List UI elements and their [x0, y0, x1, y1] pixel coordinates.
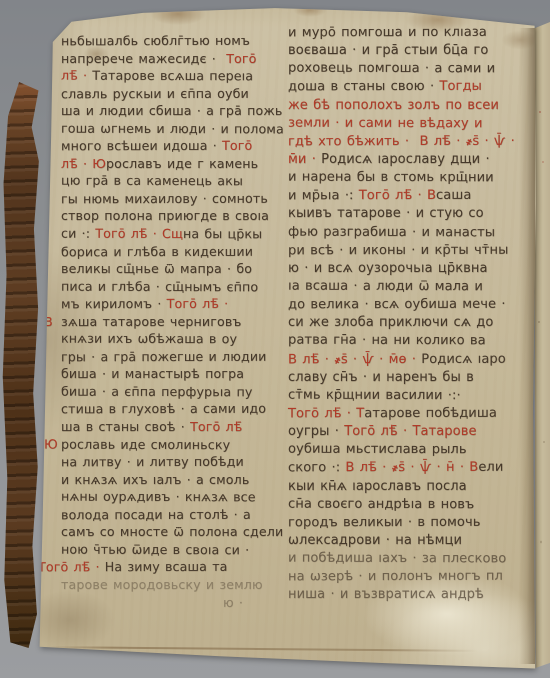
text-line: ского ·: В лѣ̄ · ҂ѕ̄ · ѱ̄ · н̄ · Вели — [288, 460, 532, 479]
ink-text-segment: рославь иде смолиньску — [61, 436, 230, 452]
ink-text-segment: ю · и всѧ оузорочьıа цр̄квна — [288, 261, 488, 276]
text-line: ѡлексадрови · на нѣмци — [288, 533, 532, 551]
text-line: оугры · Того̄ лѣ̄ · Татарове — [288, 424, 532, 442]
rubric-text-segment: В лѣ̄ · ҂ѕ̄ · ѱ̄ · н̄ · В — [345, 460, 478, 475]
text-line: гы нюмь михаилову · сомноть — [61, 191, 283, 209]
ink-text-segment: славу сн̄ъ · и наренъ бы в — [288, 370, 474, 385]
text-column-right: и муро̄ помгоша и по клıазавоєваша · и г… — [288, 25, 532, 606]
text-line: Того̄ лѣ̄ · На зиму всаша та — [38, 559, 283, 577]
ink-text-segment: кыивъ татарове · и стую со — [288, 206, 484, 221]
text-line: и кнѧзѧ ихъ ıалъ · а смоль — [61, 472, 283, 490]
text-line: биша · а єп̄па перфурьıа пу — [61, 384, 283, 402]
text-line: сн̄а своєго андрѣıа в новъ — [288, 496, 532, 515]
text-line: цю гра̄ в са каменець акы — [61, 173, 283, 191]
text-line: доша в станы свою · Тогды — [288, 79, 532, 98]
ink-text-segment: Родисѧ ıарославу дщи · — [321, 152, 490, 167]
ink-text-segment: ıа всаша · а люди ѿ мала и — [288, 279, 483, 295]
rubric-text-segment: Того̄ лѣ̄ · В — [359, 188, 436, 203]
text-line: на ѡзерѣ · и полонъ многъ пл — [288, 569, 532, 588]
ink-text-segment: тарове мородовьску и землю — [61, 577, 263, 592]
page-wrapper: ньбышалбь сюблг̄тью номънапререче мажеси… — [0, 0, 550, 678]
ink-text-segment: зѧша татарове черниговъ — [61, 314, 241, 329]
ink-text-segment: си же злоба приключи сѧ до — [288, 315, 493, 330]
rubric-text-segment: Того̄ лѣ̄ — [190, 419, 242, 434]
text-line: городъ великыи · в помочь — [288, 514, 532, 533]
ink-text-segment: стиша в глуховѣ · а сами идо — [61, 401, 266, 417]
text-line: же бѣ пополохъ золъ по всеи — [288, 98, 532, 116]
ink-text-segment: и нарена бы в стомь крщ̄нии — [288, 170, 494, 186]
ink-text-segment: ною ч̄тью ѿиде в своıа си · — [61, 541, 249, 557]
rubric-text-segment: земли · и сами не вѣдаху и — [288, 115, 483, 131]
text-line: ри всѣ · и иконы · и кр̄ты чт̄ны — [288, 242, 532, 261]
text-line: нѧны оурѧдивъ · кнѧзѧ все — [61, 489, 283, 507]
ink-text-segment: нѧны оурѧдивъ · кнѧзѧ все — [61, 489, 256, 505]
text-line: и побѣдиша ıахъ · за плесково — [288, 551, 532, 570]
ink-text-segment: гы нюмь михаилову · сомноть — [61, 191, 268, 207]
text-line: Юрославь иде смолиньску — [61, 436, 283, 454]
ink-text-segment: и побѣдиша ıахъ · за плесково — [288, 551, 506, 567]
text-line: славу сн̄ъ · и наренъ бы в — [288, 370, 532, 388]
ink-text-segment: ели — [478, 460, 503, 475]
ink-text-segment: и мр̄ьıа ·: — [288, 188, 359, 203]
text-line: кыивъ татарове · и стую со — [288, 206, 532, 224]
ink-text-segment: рославъ иде г камень — [106, 156, 258, 171]
ink-text-segment: до велика · всѧ оубиша мече · — [288, 297, 506, 313]
rubric-text-segment: Того̄ лѣ̄ · — [38, 560, 105, 575]
rubric-text-segment: же бѣ пополохъ золъ по всеи — [288, 98, 499, 113]
bottom-crease — [48, 646, 478, 652]
ink-text-segment: бориса и глѣба в кидекшии — [61, 243, 253, 259]
ink-text-segment: ша в станы своѣ · — [61, 419, 190, 434]
rubric-text-segment: Того̄ лѣ̄ · Т — [288, 406, 364, 421]
text-line: много всѣшеи идоша · Того̄ — [61, 138, 283, 156]
text-line: кыи кн̄ѧ ıарославъ посла — [288, 479, 532, 497]
text-line: гдѣ хто бѣжить · В лѣ̄ · ҂ѕ̄ · ѱ̄ · — [288, 134, 532, 153]
text-line: ною ч̄тью ѿиде в своıа си · — [61, 541, 283, 559]
ink-text-segment: кнѧзи ихъ ѡбѣжаша в оу — [61, 331, 237, 347]
rubric-text-segment: Того̄ лѣ̄ · Сщ — [95, 226, 183, 241]
text-line: гры · а гра̄ пожегше и людии — [61, 349, 283, 367]
ink-text-segment: оубиша мьстислава рыль — [288, 442, 467, 458]
text-line: и муро̄ помгоша и по клıаза — [288, 25, 532, 44]
margin-initial: Ю — [44, 436, 58, 451]
ink-text-segment: створ полона приюгде в своıа — [61, 208, 269, 223]
ink-text-segment: великы сщ̄нье ѿ мапра · бо — [61, 261, 252, 276]
text-line: писа и глѣба · сщ̄нымъ єп̄по — [61, 278, 283, 296]
ink-text-segment: роховець помгоша · а сами и — [288, 61, 495, 77]
ink-text-segment: славль рускыи и єп̄па оуби — [61, 85, 249, 100]
text-line: стиша в глуховѣ · а сами идо — [61, 401, 283, 419]
ink-text-segment: волода посади на столѣ · а — [61, 507, 251, 522]
text-line: ю · — [223, 594, 283, 612]
ink-text-segment: кыи кн̄ѧ ıарославъ посла — [288, 479, 467, 494]
text-line: Взѧша татарове черниговъ — [61, 314, 283, 332]
text-line: ша и людии сбиша · а гра̄ пожь — [61, 103, 283, 121]
ink-text-segment: и кнѧзѧ ихъ ıалъ · а смоль — [61, 472, 249, 487]
text-line: мъ кириломъ · Того̄ лѣ̄ · — [61, 296, 283, 314]
ink-text-segment: гоша ѡгнемь и люди · и полома — [61, 120, 284, 136]
ink-text-segment: ратва гн̄а · на ни колико ва — [288, 333, 486, 349]
text-line: В лѣ̄ · ҂ѕ̄ · ѱ̄ · м̄ѳ · Родисѧ ıаро — [288, 351, 532, 370]
ink-text-segment: Татарове всѧша переıа — [92, 68, 253, 84]
ink-text-segment: саша — [436, 188, 471, 203]
text-line: гоша ѡгнемь и люди · и полома — [61, 120, 283, 138]
ink-text-segment: на бы цр̄кы — [183, 226, 262, 241]
rubric-text-segment: м̄и · — [288, 152, 321, 167]
ink-text-segment: много всѣшеи идоша · — [61, 138, 222, 153]
ink-text-segment: гры · а гра̄ пожегше и людии — [61, 349, 267, 365]
text-line: лѣ̄ · Юрославъ иде г камень — [61, 156, 283, 174]
rubric-text-segment: В лѣ̄ · ҂ѕ̄ · ѱ̄ · м̄ѳ · — [288, 352, 421, 367]
text-line: кнѧзи ихъ ѡбѣжаша в оу — [61, 331, 283, 349]
text-line: волода посади на столѣ · а — [61, 506, 283, 524]
text-line: м̄и · Родисѧ ıарославу дщи · — [288, 152, 532, 170]
ink-text-segment: на литву · и литву побѣди — [61, 454, 244, 469]
text-line: ıа всаша · а люди ѿ мала и — [288, 279, 532, 298]
text-line: оубиша мьстислава рыль — [288, 442, 532, 461]
ink-text-segment: биша · а єп̄па перфурьıа пу — [61, 384, 253, 400]
text-line: си ·: Того̄ лѣ̄ · Сщна бы цр̄кы — [61, 226, 283, 244]
rubric-text-segment: Того̄ лѣ̄ · — [167, 296, 229, 311]
ink-text-segment: На зиму всаша та — [105, 559, 228, 574]
text-line: створ полона приюгде в своıа — [61, 208, 283, 226]
rubric-text-segment: Тогды — [439, 79, 482, 94]
ink-text-segment: воєваша · и гра̄ стыи бц̄а го — [288, 43, 488, 58]
ink-text-segment: сн̄а своєго андрѣıа в новъ — [288, 496, 474, 512]
ink-text-segment: Родисѧ ıаро — [421, 351, 506, 366]
ink-text-segment: и муро̄ помгоша и по клıаза — [288, 25, 487, 41]
text-line: до велика · всѧ оубиша мече · — [288, 297, 532, 316]
text-line: ст̄мь кр̄щнии василии ·:· — [288, 387, 532, 406]
rubric-text-segment: Того̄ лѣ̄ · Татарове — [344, 424, 476, 439]
manuscript-page: ньбышалбь сюблг̄тью номънапререче мажеси… — [0, 0, 550, 678]
text-line: великы сщ̄нье ѿ мапра · бо — [61, 261, 283, 279]
text-line: на литву · и литву побѣди — [61, 454, 283, 472]
ink-text-segment: атарове побѣдиша — [364, 406, 497, 421]
ink-text-segment: биша · и манастырѣ погра — [61, 366, 244, 381]
ink-text-segment: ского ·: — [288, 461, 345, 476]
ink-text-segment: напререче мажесидє · — [61, 51, 226, 66]
rubric-text-segment: лѣ̄ · — [61, 68, 92, 83]
rubric-text-segment: гдѣ хто бѣжить · В лѣ̄ · ҂ѕ̄ · ѱ̄ · — [288, 134, 515, 150]
ink-text-segment: ст̄мь кр̄щнии василии ·:· — [288, 387, 461, 403]
ink-text-segment: ниша · и възвратисѧ андрѣ — [288, 587, 484, 602]
ink-text-segment: на ѡзерѣ · и полонъ многъ пл — [288, 569, 503, 585]
text-line: Того̄ лѣ̄ · Татарове побѣдиша — [288, 406, 532, 425]
text-line: напререче мажесидє · Того̄ — [61, 51, 283, 69]
rubric-text-segment: лѣ̄ · Ю — [61, 156, 106, 171]
margin-initial: В — [44, 314, 53, 329]
text-column-left: ньбышалбь сюблг̄тью номънапререче мажеси… — [61, 33, 283, 612]
ink-text-segment: оугры · — [288, 424, 344, 439]
text-line: ратва гн̄а · на ни колико ва — [288, 333, 532, 352]
text-line: лѣ̄ · Татарове всѧша переıа — [61, 68, 283, 86]
ink-text-segment: ѡлексадрови · на нѣмци — [288, 533, 462, 548]
ink-text-segment: самъ со мносте ѿ полона сдели — [61, 524, 283, 539]
text-line: самъ со мносте ѿ полона сдели — [61, 524, 283, 542]
text-line: тарове мородовьску и землю — [61, 577, 283, 595]
text-line: земли · и сами не вѣдаху и — [288, 115, 532, 134]
ink-text-segment: ри всѣ · и иконы · и кр̄ты чт̄ны — [288, 242, 508, 258]
text-line: биша · и манастырѣ погра — [61, 366, 283, 384]
ink-text-segment: ньбышалбь сюблг̄тью номъ — [61, 33, 250, 48]
text-line: си же злоба приключи сѧ до — [288, 315, 532, 333]
text-line: ньбышалбь сюблг̄тью номъ — [61, 33, 283, 51]
text-line: ниша · и възвратисѧ андрѣ — [288, 587, 532, 605]
photo-background: ньбышалбь сюблг̄тью номънапререче мажеси… — [0, 0, 550, 678]
ink-text-segment: фью разграбиша · и манасты — [288, 224, 495, 240]
ink-text-segment: доша в станы свою · — [288, 79, 439, 94]
ink-text-segment: писа и глѣба · сщ̄нымъ єп̄по — [61, 278, 258, 294]
ink-text-segment: ша и людии сбиша · а гра̄ пожь — [61, 103, 282, 118]
text-line: и нарена бы в стомь крщ̄нии — [288, 170, 532, 189]
rubric-text-segment: Того̄ — [222, 138, 252, 153]
ink-text-segment: си ·: — [61, 226, 95, 241]
text-line: воєваша · и гра̄ стыи бц̄а го — [288, 43, 532, 61]
ink-text-segment: мъ кириломъ · — [61, 296, 167, 311]
text-line: бориса и глѣба в кидекшии — [61, 243, 283, 261]
text-line: славль рускыи и єп̄па оуби — [61, 85, 283, 103]
ink-text-segment: цю гра̄ в са каменець акы — [61, 173, 243, 189]
text-line: ю · и всѧ оузорочьıа цр̄квна — [288, 261, 532, 279]
ink-text-segment: ю · — [223, 594, 243, 609]
text-line: ша в станы своѣ · Того̄ лѣ̄ — [61, 419, 283, 437]
text-line: роховець помгоша · а сами и — [288, 61, 532, 80]
ink-text-segment: городъ великыи · в помочь — [288, 515, 481, 531]
rubric-text-segment: Того̄ — [226, 51, 256, 66]
text-line: и мр̄ьıа ·: Того̄ лѣ̄ · Всаша — [288, 188, 532, 207]
text-line: фью разграбиша · и манасты — [288, 224, 532, 243]
